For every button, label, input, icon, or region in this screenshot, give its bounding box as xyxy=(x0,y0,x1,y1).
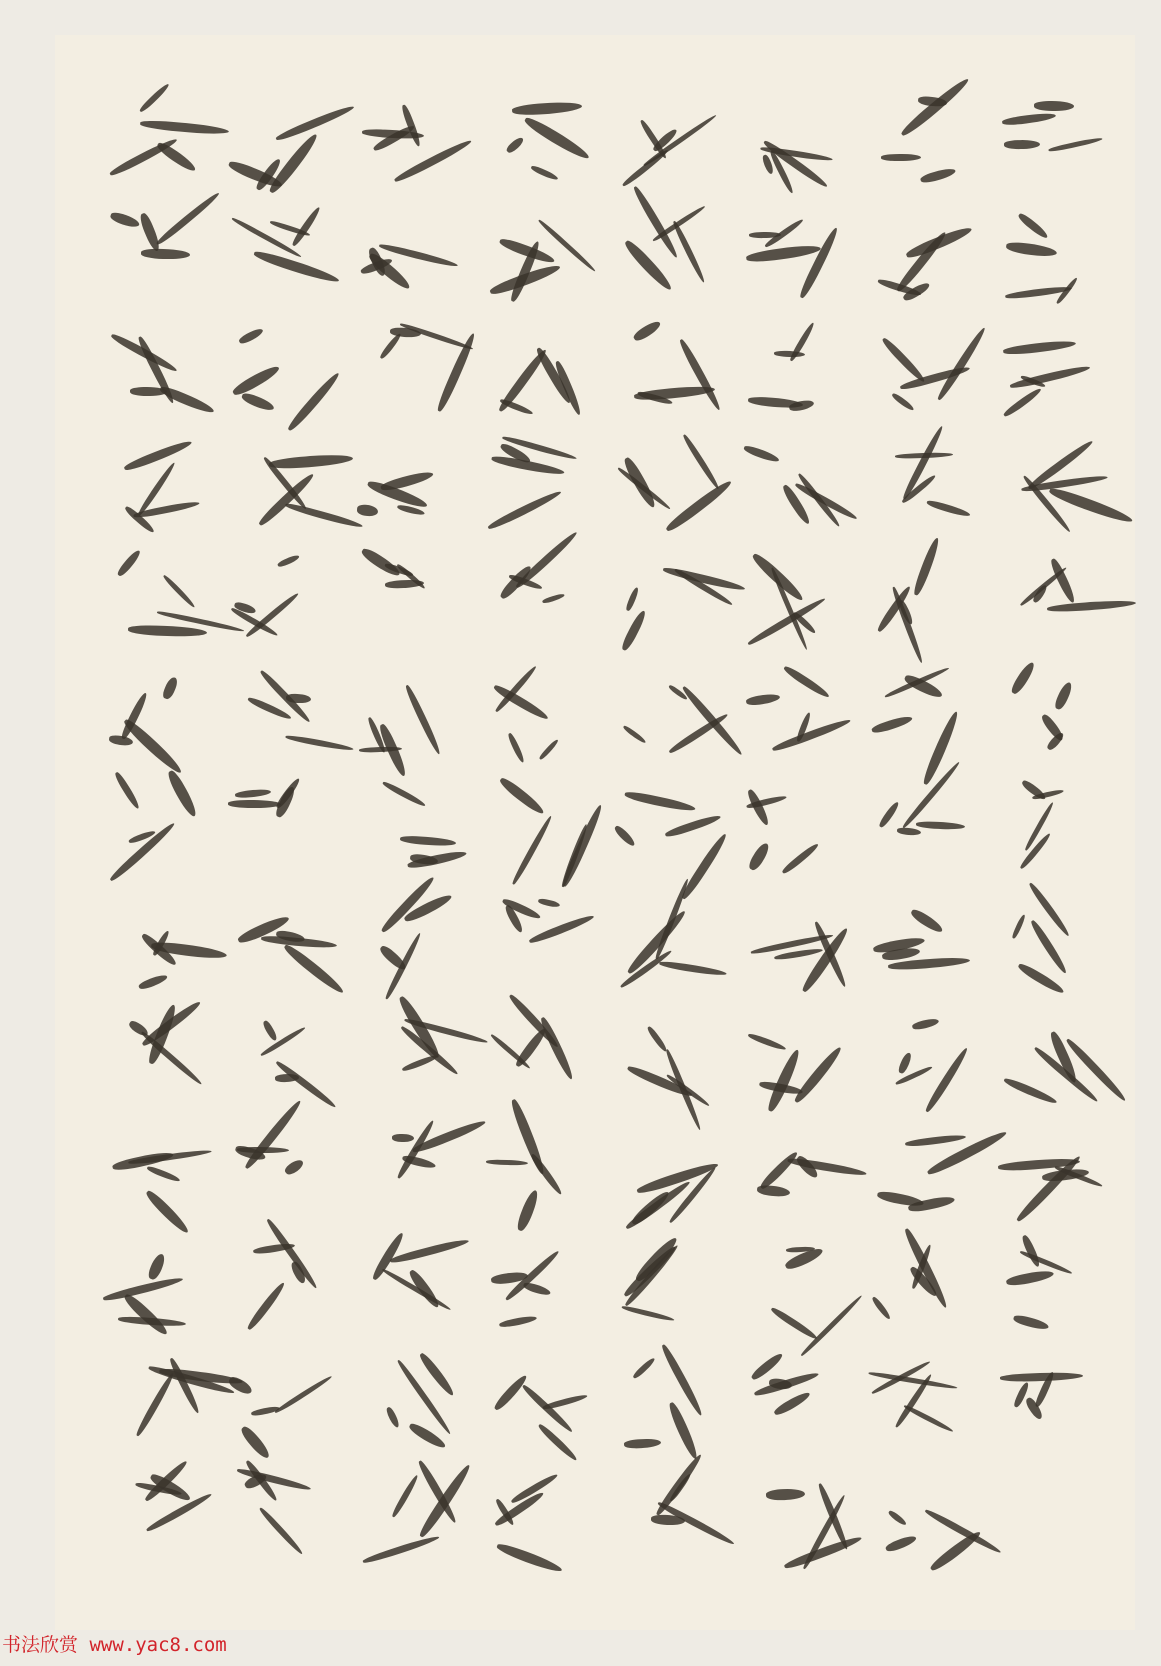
brush-stroke xyxy=(112,771,141,811)
brush-stroke xyxy=(769,1306,819,1342)
brush-stroke xyxy=(681,433,721,490)
brush-stroke xyxy=(285,734,354,751)
brush-stroke xyxy=(759,1149,800,1191)
brush-stroke xyxy=(264,1217,318,1289)
brush-stroke xyxy=(749,1351,784,1382)
brush-stroke xyxy=(929,1529,983,1574)
brush-stroke xyxy=(418,1351,457,1397)
brush-stroke xyxy=(234,788,271,799)
brush-stroke xyxy=(560,824,588,888)
calligraphy-column xyxy=(483,95,603,1595)
brush-stroke xyxy=(904,224,972,261)
brush-stroke xyxy=(774,351,805,357)
brush-stroke xyxy=(274,1374,333,1415)
brush-stroke xyxy=(497,776,546,817)
brush-stroke xyxy=(141,248,190,259)
brush-stroke xyxy=(487,489,563,532)
brush-stroke xyxy=(926,499,971,518)
brush-stroke xyxy=(1003,339,1077,357)
brush-stroke xyxy=(110,211,142,229)
brush-stroke xyxy=(277,554,300,569)
brush-stroke xyxy=(389,1236,470,1265)
brush-stroke xyxy=(1034,101,1074,111)
brush-stroke xyxy=(162,574,197,609)
brush-stroke xyxy=(747,841,771,873)
brush-stroke xyxy=(617,466,673,511)
brush-stroke xyxy=(746,692,781,706)
brush-stroke xyxy=(122,1291,171,1336)
brush-stroke xyxy=(385,1406,401,1429)
brush-stroke xyxy=(677,338,723,412)
brush-stroke xyxy=(537,218,597,272)
brush-stroke xyxy=(240,391,275,412)
brush-stroke xyxy=(783,1534,863,1572)
brush-stroke xyxy=(659,1343,705,1417)
brush-stroke xyxy=(384,931,423,1000)
brush-stroke xyxy=(138,211,163,252)
brush-stroke xyxy=(536,1422,579,1462)
brush-stroke xyxy=(895,451,953,459)
brush-stroke xyxy=(920,166,957,185)
brush-stroke xyxy=(1045,731,1065,753)
brush-stroke xyxy=(1032,583,1049,604)
brush-stroke xyxy=(800,1294,864,1358)
brush-stroke xyxy=(870,714,912,735)
brush-stroke xyxy=(103,1275,184,1303)
brush-stroke xyxy=(146,1165,181,1183)
brush-stroke xyxy=(231,362,281,397)
brush-stroke xyxy=(138,82,170,113)
brush-stroke xyxy=(772,1389,811,1417)
brush-stroke xyxy=(884,1533,917,1554)
brush-stroke xyxy=(1053,681,1073,711)
brush-stroke xyxy=(921,709,960,786)
brush-stroke xyxy=(665,478,734,535)
brush-stroke xyxy=(165,769,199,818)
brush-stroke xyxy=(522,1281,551,1297)
brush-stroke xyxy=(138,972,168,990)
brush-stroke xyxy=(238,326,265,345)
brush-stroke xyxy=(396,1359,453,1436)
brush-stroke xyxy=(486,1159,528,1165)
brush-stroke xyxy=(511,815,554,887)
brush-stroke xyxy=(745,242,821,264)
brush-stroke xyxy=(399,322,474,351)
brush-stroke xyxy=(362,1533,440,1564)
calligraphy-column xyxy=(99,95,219,1595)
brush-stroke xyxy=(877,800,900,829)
calligraphy-paper xyxy=(55,35,1135,1630)
calligraphy-column xyxy=(227,95,347,1595)
brush-stroke xyxy=(897,827,921,835)
brush-stroke xyxy=(134,1371,175,1437)
brush-stroke xyxy=(228,800,281,808)
brush-stroke xyxy=(257,1507,304,1557)
brush-stroke xyxy=(128,624,207,637)
brush-stroke xyxy=(897,1051,913,1074)
brush-stroke xyxy=(1047,599,1137,613)
brush-stroke xyxy=(512,101,582,117)
brush-stroke xyxy=(1016,212,1050,241)
brush-stroke xyxy=(291,205,322,247)
brush-stroke xyxy=(748,396,804,409)
brush-stroke xyxy=(916,821,965,830)
brush-stroke xyxy=(1011,914,1026,940)
brush-stroke xyxy=(283,1157,305,1177)
brush-stroke xyxy=(161,675,179,700)
brush-stroke xyxy=(537,898,560,909)
brush-stroke xyxy=(130,387,167,396)
brush-stroke xyxy=(1013,1313,1051,1331)
brush-stroke xyxy=(1004,139,1041,149)
brush-stroke xyxy=(542,593,565,605)
brush-stroke xyxy=(393,137,472,184)
brush-stroke xyxy=(912,1017,940,1031)
brush-stroke xyxy=(771,717,852,754)
brush-stroke xyxy=(901,425,945,501)
brush-stroke xyxy=(123,438,193,474)
brush-stroke xyxy=(613,824,637,847)
brush-stroke xyxy=(359,546,402,578)
brush-stroke xyxy=(645,1025,668,1053)
calligraphy-column xyxy=(611,95,731,1595)
brush-stroke xyxy=(522,115,591,162)
brush-stroke xyxy=(496,1542,564,1575)
brush-stroke xyxy=(155,190,221,247)
brush-stroke xyxy=(877,1190,925,1208)
brush-stroke xyxy=(108,821,176,884)
brush-stroke xyxy=(909,907,944,934)
brush-stroke xyxy=(261,1019,279,1041)
brush-stroke xyxy=(792,1045,843,1105)
brush-stroke xyxy=(633,1234,679,1283)
brush-stroke xyxy=(798,225,841,300)
brush-stroke xyxy=(935,326,986,402)
brush-stroke xyxy=(286,370,342,433)
brush-stroke xyxy=(515,1188,540,1232)
brush-stroke xyxy=(924,1046,970,1114)
brush-stroke xyxy=(143,1188,191,1235)
brush-stroke xyxy=(748,1032,788,1051)
brush-stroke xyxy=(108,734,133,746)
brush-stroke xyxy=(766,1048,803,1114)
brush-stroke xyxy=(672,220,708,284)
brush-stroke xyxy=(624,1243,680,1308)
brush-stroke xyxy=(391,1473,420,1518)
brush-stroke xyxy=(659,960,727,977)
brush-stroke xyxy=(743,444,781,464)
brush-stroke xyxy=(167,1357,201,1415)
brush-stroke xyxy=(239,1424,273,1460)
brush-stroke xyxy=(903,1404,954,1433)
brush-stroke xyxy=(493,1372,530,1412)
brush-stroke xyxy=(275,1059,338,1109)
brush-stroke xyxy=(284,501,363,529)
brush-stroke xyxy=(1048,136,1103,153)
brush-stroke xyxy=(538,739,559,762)
brush-stroke xyxy=(121,717,184,776)
brush-stroke xyxy=(781,841,820,875)
brush-stroke xyxy=(912,537,941,597)
calligraphy-column xyxy=(355,95,475,1595)
brush-stroke xyxy=(356,504,378,517)
brush-stroke xyxy=(665,813,722,840)
brush-stroke xyxy=(782,664,831,699)
brush-stroke xyxy=(620,609,648,652)
brush-stroke xyxy=(890,392,915,412)
calligraphy-column xyxy=(995,95,1115,1595)
brush-stroke xyxy=(654,878,690,960)
brush-stroke xyxy=(881,153,921,161)
calligraphy-column xyxy=(739,95,859,1595)
brush-stroke xyxy=(1009,660,1036,696)
watermark: 书法欣赏 www.yac8.com xyxy=(2,1630,227,1657)
brush-stroke xyxy=(899,75,971,138)
brush-stroke xyxy=(625,586,640,612)
brush-stroke xyxy=(891,586,925,664)
brush-stroke xyxy=(400,835,457,847)
brush-stroke xyxy=(1003,1076,1058,1105)
brush-stroke xyxy=(750,551,806,603)
brush-stroke xyxy=(632,319,662,343)
brush-stroke xyxy=(539,1016,577,1081)
brush-stroke xyxy=(887,1510,907,1527)
brush-stroke xyxy=(246,1281,287,1332)
brush-stroke xyxy=(905,1133,967,1148)
brush-stroke xyxy=(680,832,729,902)
brush-stroke xyxy=(380,469,435,493)
brush-stroke xyxy=(498,1314,537,1328)
brush-stroke xyxy=(1006,240,1058,257)
brush-stroke xyxy=(871,1295,892,1319)
brush-stroke xyxy=(624,790,696,813)
brush-stroke xyxy=(140,120,230,137)
brush-stroke xyxy=(521,1383,575,1434)
brush-stroke xyxy=(147,1252,167,1281)
calligraphy-column xyxy=(867,95,987,1595)
brush-stroke xyxy=(392,1134,414,1142)
brush-stroke xyxy=(403,684,442,755)
brush-stroke xyxy=(624,1437,662,1449)
brush-stroke xyxy=(269,452,354,470)
brush-stroke xyxy=(1005,1268,1054,1287)
brush-stroke xyxy=(1002,111,1057,127)
brush-stroke xyxy=(1000,1372,1083,1383)
brush-stroke xyxy=(626,1064,694,1099)
brush-stroke xyxy=(381,780,426,808)
brush-stroke xyxy=(632,1356,657,1380)
brush-stroke xyxy=(257,471,316,528)
brush-stroke xyxy=(506,732,526,764)
brush-stroke xyxy=(530,164,559,181)
brush-stroke xyxy=(281,942,345,995)
brush-stroke xyxy=(116,548,142,578)
brush-stroke xyxy=(621,1305,674,1322)
brush-stroke xyxy=(622,724,647,744)
brush-stroke xyxy=(1002,386,1042,418)
brush-stroke xyxy=(505,135,525,155)
brush-stroke xyxy=(765,1488,805,1501)
